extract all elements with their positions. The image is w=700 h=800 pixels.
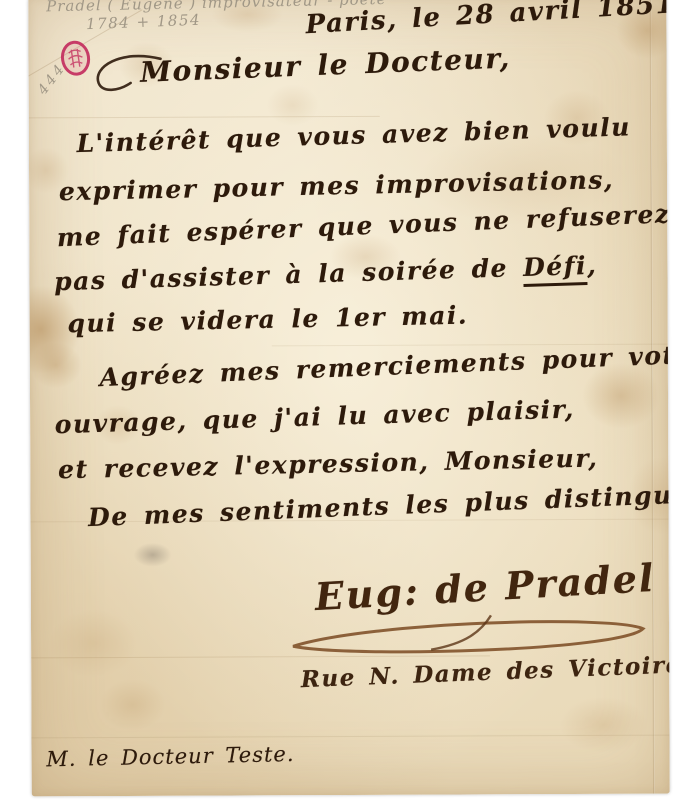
letter-line: Agréez mes remerciements pour votre	[99, 341, 670, 390]
underlined-word: Défi	[523, 251, 588, 287]
letter-line-text: pas d'assister à la soirée de	[54, 253, 524, 296]
salutation: Monsieur le Docteur,	[140, 44, 512, 87]
letter-line-text: ,	[586, 251, 597, 280]
letter-line: et recevez l'expression, Monsieur,	[58, 445, 599, 482]
addressee-note: M. le Docteur Teste.	[46, 744, 295, 770]
foxing-stain	[559, 697, 647, 753]
fold-crease	[31, 735, 669, 739]
fold-crease	[29, 116, 380, 119]
foxing-stain	[267, 84, 319, 126]
letter-line: ouvrage, que j'ai lu avec plaisir,	[54, 396, 575, 437]
letter-line: pas d'assister à la soirée de Défi,	[54, 253, 598, 295]
letter-line: exprimer pour mes improvisations,	[59, 167, 615, 204]
foxing-stain	[49, 609, 137, 677]
ink-smudge	[134, 543, 172, 567]
letter-line: L'intérêt que vous avez bien voulu	[76, 114, 631, 156]
signature: Eug: de Pradel	[314, 559, 656, 616]
foxing-stain	[99, 679, 165, 731]
pencil-annotation-dates: 1784 + 1854	[86, 13, 201, 33]
letter-line: qui se videra le 1er mai.	[67, 302, 468, 336]
letter-line: De mes sentiments les plus distingués	[88, 481, 670, 530]
collector-stamp-icon	[56, 37, 95, 79]
letter-paper: Pradel ( Eugène ) improvisateur - poète …	[28, 0, 669, 796]
foxing-stain	[30, 342, 82, 388]
scanned-letter: Pradel ( Eugène ) improvisateur - poète …	[0, 0, 700, 800]
letter-line: me fait espérer que vous ne refuserez	[56, 201, 669, 250]
